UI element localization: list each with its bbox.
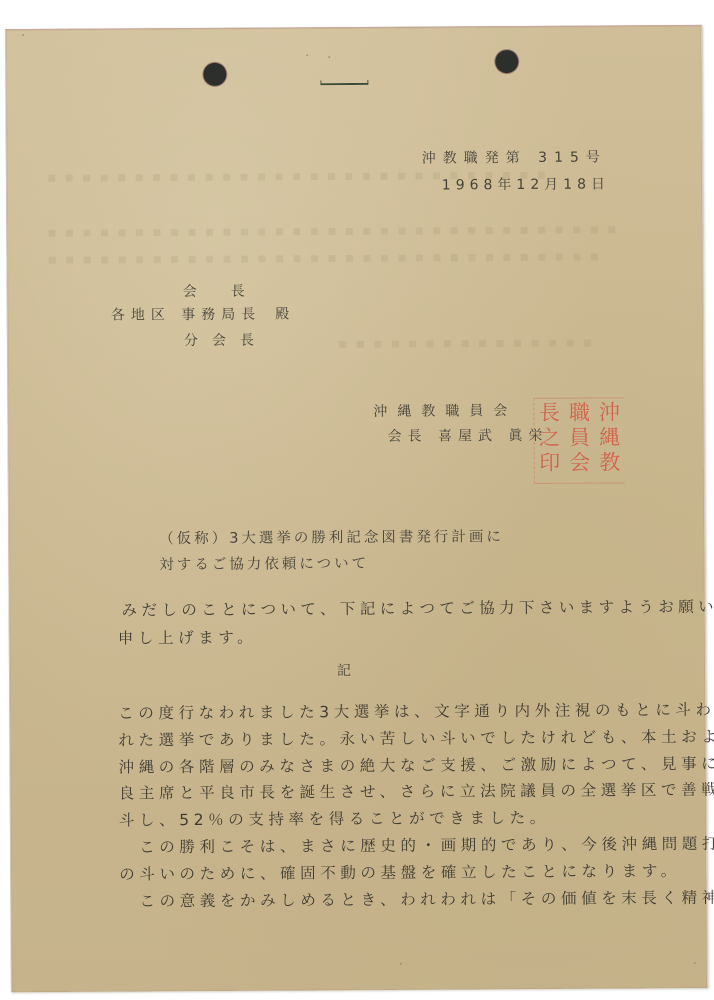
sender-organization: 沖縄教職員会 <box>373 400 517 421</box>
sender-name: 会長 喜屋武 眞栄 <box>387 425 548 446</box>
addressee-secretary-general: 各地区 事務局長殿 <box>111 303 296 324</box>
punch-hole <box>495 50 518 73</box>
seal-character: 印 <box>539 451 560 476</box>
seal-character: 之 <box>539 426 560 451</box>
addressee-secretary-general-label: 各地区 事務局長 <box>111 307 262 324</box>
reference-number: 沖教職発第 315号 <box>422 146 607 167</box>
seal-column: 長之印 <box>536 401 562 481</box>
seal-character: 沖 <box>599 400 620 425</box>
seal-character: 会 <box>569 451 590 476</box>
document-page: ▪▪▪▪▪▪▪▪▪▪▪▪▪▪▪▪▪▪▪▪▪▪▪▪▪▪▪▪▪ ▪▪▪▪▪▪▪▪▪▪… <box>5 25 708 992</box>
body-line: この度行なわれました3大選挙は、文字通り内外注視のもとに斗わ <box>118 698 714 724</box>
intro-line-1: みだしのことについて、下記によつてご協力下さいますようお願い <box>122 595 714 621</box>
seal-character: 職 <box>569 401 590 426</box>
bleed-through-text: ▪▪▪▪▪▪▪▪▪▪▪▪▪▪▪▪▪▪▪▪▪▪▪▪▪▪▪▪▪▪▪▪ <box>47 248 607 267</box>
ki-heading: 記 <box>337 660 351 680</box>
body-line: この意義をかみしめるとき、われわれは「その価値を末長く精神的 <box>119 886 714 912</box>
bleed-through-text: ▪▪▪▪▪▪▪▪▪▪▪▪▪▪▪▪▪▪▪▪▪▪▪▪▪▪▪▪▪▪▪▪▪ <box>47 221 624 241</box>
paper-speck <box>22 34 24 36</box>
seal-character: 長 <box>539 401 560 426</box>
body-line: 良主席と平良市長を誕生させ、さらに立法院議員の全選挙区で善戦敢 <box>119 778 714 804</box>
document-date: 1968年12月18日 <box>442 173 610 194</box>
paper-speck <box>328 56 330 58</box>
official-seal-stamp: 沖縄教 職員会 長之印 <box>533 397 625 484</box>
subject-line-2: 対するご協力依頼について <box>159 552 369 574</box>
body-line: この勝利こそは、まさに歴史的・画期的であり、今後沖縄問題打開 <box>119 832 714 858</box>
addressee-president: 会長 <box>183 280 279 301</box>
seal-character: 員 <box>569 426 590 451</box>
bleed-through-text: ▪▪▪▪▪▪▪▪▪▪▪▪▪▪▪ <box>338 335 600 353</box>
punch-hole <box>203 63 226 86</box>
paper-speck <box>400 963 402 965</box>
subject-line-1: （仮称）3大選挙の勝利記念図書発行計画に <box>159 525 504 548</box>
body-line: 斗し、52％の支持率を得ることができました。 <box>119 806 550 831</box>
paper-speck <box>694 962 696 964</box>
center-fold-mark <box>320 80 368 85</box>
seal-column: 職員会 <box>566 401 592 481</box>
body-line: れた選挙でありました。永い苦しい斗いでしたけれども、本土および <box>118 725 714 751</box>
body-line: の斗いのために、確固不動の基盤を確立したことになります。 <box>119 859 681 884</box>
paper-speck <box>306 54 308 56</box>
seal-character: 教 <box>599 450 620 475</box>
addressee-branch-head: 分会長 <box>184 330 268 351</box>
body-line: 沖縄の各階層のみなさまの絶大なご支援、ご激励によつて、見事に屋 <box>119 752 714 778</box>
intro-line-2: 申し上げます。 <box>118 626 258 649</box>
seal-column: 沖縄教 <box>596 400 622 480</box>
honorific: 殿 <box>275 306 295 322</box>
seal-character: 縄 <box>599 425 620 450</box>
